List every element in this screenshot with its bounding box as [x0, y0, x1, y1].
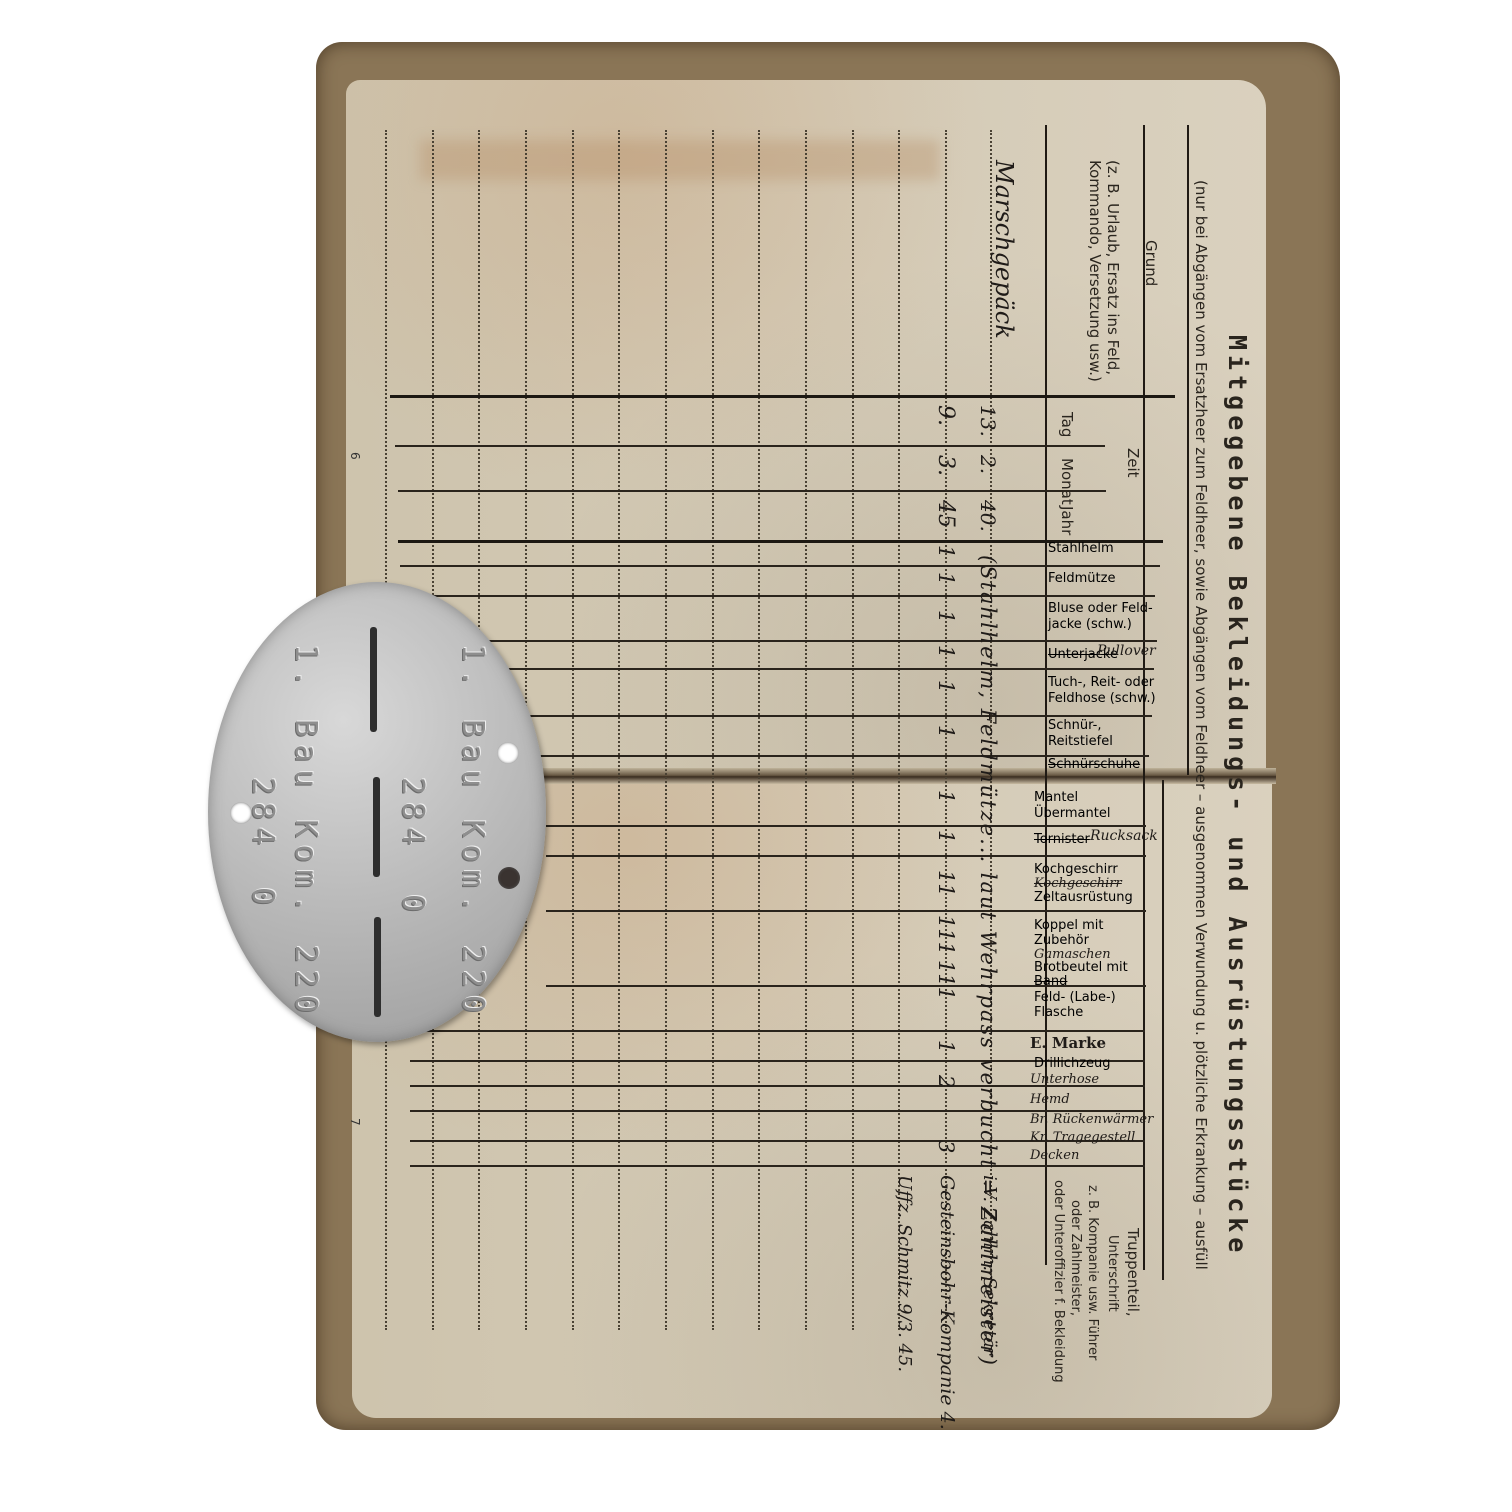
item-band: Band — [1034, 974, 1067, 989]
table-rule — [390, 395, 1175, 398]
item-tornister: Tornister — [1034, 832, 1090, 847]
entry2-qty: 1 — [934, 545, 958, 558]
entry2-qty: 1 — [934, 572, 958, 585]
tag-perforation-slot — [373, 777, 380, 877]
entry1-signature: i.V. Zahlm. Sekretär — [979, 1175, 1000, 1357]
item-hose-2: Feldhose (schw.) — [1048, 691, 1156, 706]
handwritten-tragegestell: Kr. Tragegestell — [1030, 1130, 1135, 1145]
table-rule — [546, 910, 1146, 912]
dotted-guide — [618, 130, 620, 1330]
table-rule — [400, 565, 1160, 567]
header-grund: Grund — [1142, 240, 1160, 286]
item-mantel: Mantel — [1034, 790, 1078, 805]
entry2-unit: Gesteinsbohr-Kompanie 4. — [936, 1175, 958, 1430]
tag-suffix-bottom: 0 — [245, 887, 280, 912]
header-monat: Monat — [1058, 458, 1076, 505]
entry1-tag: 13. — [976, 405, 1000, 437]
handwritten-kochgeschirr: Kochgeschirr — [1034, 876, 1122, 891]
header-truppenteil-note: z. B. Kompanie usw. Führer — [1085, 1185, 1100, 1360]
table-rule — [420, 1030, 1145, 1032]
table-rule — [402, 668, 1154, 670]
header-jahr: Jahr — [1058, 506, 1076, 535]
dotted-guide — [665, 130, 667, 1330]
entry2-qty: 1 — [934, 830, 958, 843]
photo-scene: 6 7 Mitgegebene Bekleidungs- und Ausrüst… — [0, 0, 1512, 1512]
item-stiefel-2: Reitstiefel — [1048, 734, 1113, 749]
tag-hole — [497, 742, 519, 764]
page-number-right: 7 — [348, 1118, 362, 1126]
item-stiefel: Schnür-, — [1048, 718, 1101, 733]
header-truppenteil: Truppenteil, — [1124, 1228, 1142, 1317]
dotted-guide — [805, 130, 807, 1330]
handwritten-pullover: Pullover — [1097, 643, 1156, 659]
item-koppel: Koppel mit — [1034, 918, 1103, 933]
entry2-qty: 1 — [934, 610, 958, 623]
table-rule — [402, 640, 1157, 642]
item-schnuerschuhe: Schnürschuhe — [1048, 757, 1140, 772]
handwritten-hemd: Hemd — [1030, 1092, 1070, 1107]
entry2-qty: 11 — [934, 870, 958, 897]
table-rule — [546, 855, 1146, 857]
tag-number-top: 284 — [395, 777, 430, 852]
item-hose: Tuch-, Reit- oder — [1048, 675, 1154, 690]
item-kochgeschirr: Kochgeschirr — [1034, 862, 1118, 877]
table-rule — [546, 825, 1146, 827]
entry2-qty: 2 — [934, 1075, 958, 1091]
entry2-qty: 111 — [934, 915, 958, 955]
item-feldmuetze: Feldmütze — [1048, 571, 1115, 586]
table-rule — [395, 445, 1105, 447]
tag-suffix-top: 0 — [395, 894, 430, 919]
table-rule — [1162, 780, 1164, 1280]
dotted-guide — [758, 130, 760, 1330]
dotted-guide — [712, 130, 714, 1330]
header-truppenteil-note: Unterschrift — [1105, 1235, 1120, 1312]
entry2-qty: 3 — [934, 1140, 958, 1153]
handwritten-rueckenwaermer: Br. Rückenwärmer — [1030, 1112, 1153, 1127]
item-feldflasche: Feld- (Labe-) — [1034, 990, 1116, 1005]
entry2-qty: 1 — [934, 645, 958, 658]
header-zeit: Zeit — [1124, 448, 1142, 478]
tag-perforation-slot — [370, 627, 377, 732]
item-drillichzeug: Drillichzeug — [1034, 1056, 1111, 1071]
header-tag: Tag — [1058, 412, 1076, 437]
page-title: Mitgegebene Bekleidungs- und Ausrüstungs… — [1223, 335, 1252, 1257]
table-rule — [410, 1165, 1145, 1167]
handwritten-decken: Decken — [1030, 1148, 1079, 1163]
entry2-tag: 9. — [933, 405, 958, 426]
tag-unit-top: 1. Bau Kom. 220 — [455, 644, 490, 1020]
item-mantel-2: Übermantel — [1034, 806, 1110, 821]
paper-stain — [420, 140, 940, 180]
item-bluse: Bluse oder Feld- — [1048, 601, 1153, 616]
entry1-grund: Marschgepäck — [990, 160, 1018, 339]
header-grund-note: (z. B. Urlaub, Ersatz ins Feld, Kommando… — [1086, 160, 1122, 410]
item-feldflasche-2: Flasche — [1034, 1005, 1083, 1020]
handwritten-e-marke: E. Marke — [1030, 1034, 1106, 1052]
tag-number-bottom: 284 — [245, 777, 280, 852]
entry2-qty: 1 — [934, 680, 958, 693]
entry2-signature: Uffz. Schmitz 9/3. 45. — [894, 1175, 915, 1372]
dotted-guide — [898, 130, 900, 1330]
item-koppel-2: Zubehör — [1034, 933, 1089, 948]
entry2-qty: 1 — [934, 725, 958, 738]
entry2-qty: 1 — [934, 790, 958, 803]
entry2-qty: 111 — [934, 960, 958, 1000]
table-rule — [398, 490, 1106, 492]
tag-hole — [498, 867, 520, 889]
item-brotbeutel: Brotbeutel mit — [1034, 960, 1128, 975]
entry2-monat: 3. — [933, 455, 958, 476]
entry1-jahr: 40. — [976, 500, 1000, 532]
dotted-guide — [572, 130, 574, 1330]
handwritten-unterhose: Unterhose — [1030, 1072, 1099, 1087]
dotted-guide — [852, 130, 854, 1330]
page-subtitle: (nur bei Abgängen vom Ersatzheer zum Fel… — [1192, 180, 1210, 1270]
header-truppenteil-note: oder Zahlmeister, — [1068, 1200, 1083, 1316]
table-rule — [1187, 125, 1189, 775]
entry1-monat: 2. — [976, 455, 1000, 474]
entry2-jahr: 45 — [933, 500, 958, 528]
entry2-qty: 1 — [934, 1040, 958, 1053]
item-zeltausruestung: Zeltausrüstung — [1034, 890, 1133, 905]
item-bluse-2: jacke (schw.) — [1048, 617, 1132, 632]
header-truppenteil-note: oder Unteroffizier f. Bekleidung — [1051, 1180, 1066, 1383]
dog-tag: 1. Bau Kom. 220 284 0 1. Bau Kom. 220 28… — [208, 582, 546, 1042]
tag-perforation-slot — [374, 917, 381, 1017]
table-rule — [400, 595, 1155, 597]
item-stahlhelm: Stahlhelm — [1048, 541, 1114, 556]
handwritten-rucksack: Rucksack — [1090, 828, 1158, 844]
page-number-left: 6 — [348, 452, 362, 460]
tag-unit-bottom: 1. Bau Kom. 220 — [288, 644, 323, 1020]
